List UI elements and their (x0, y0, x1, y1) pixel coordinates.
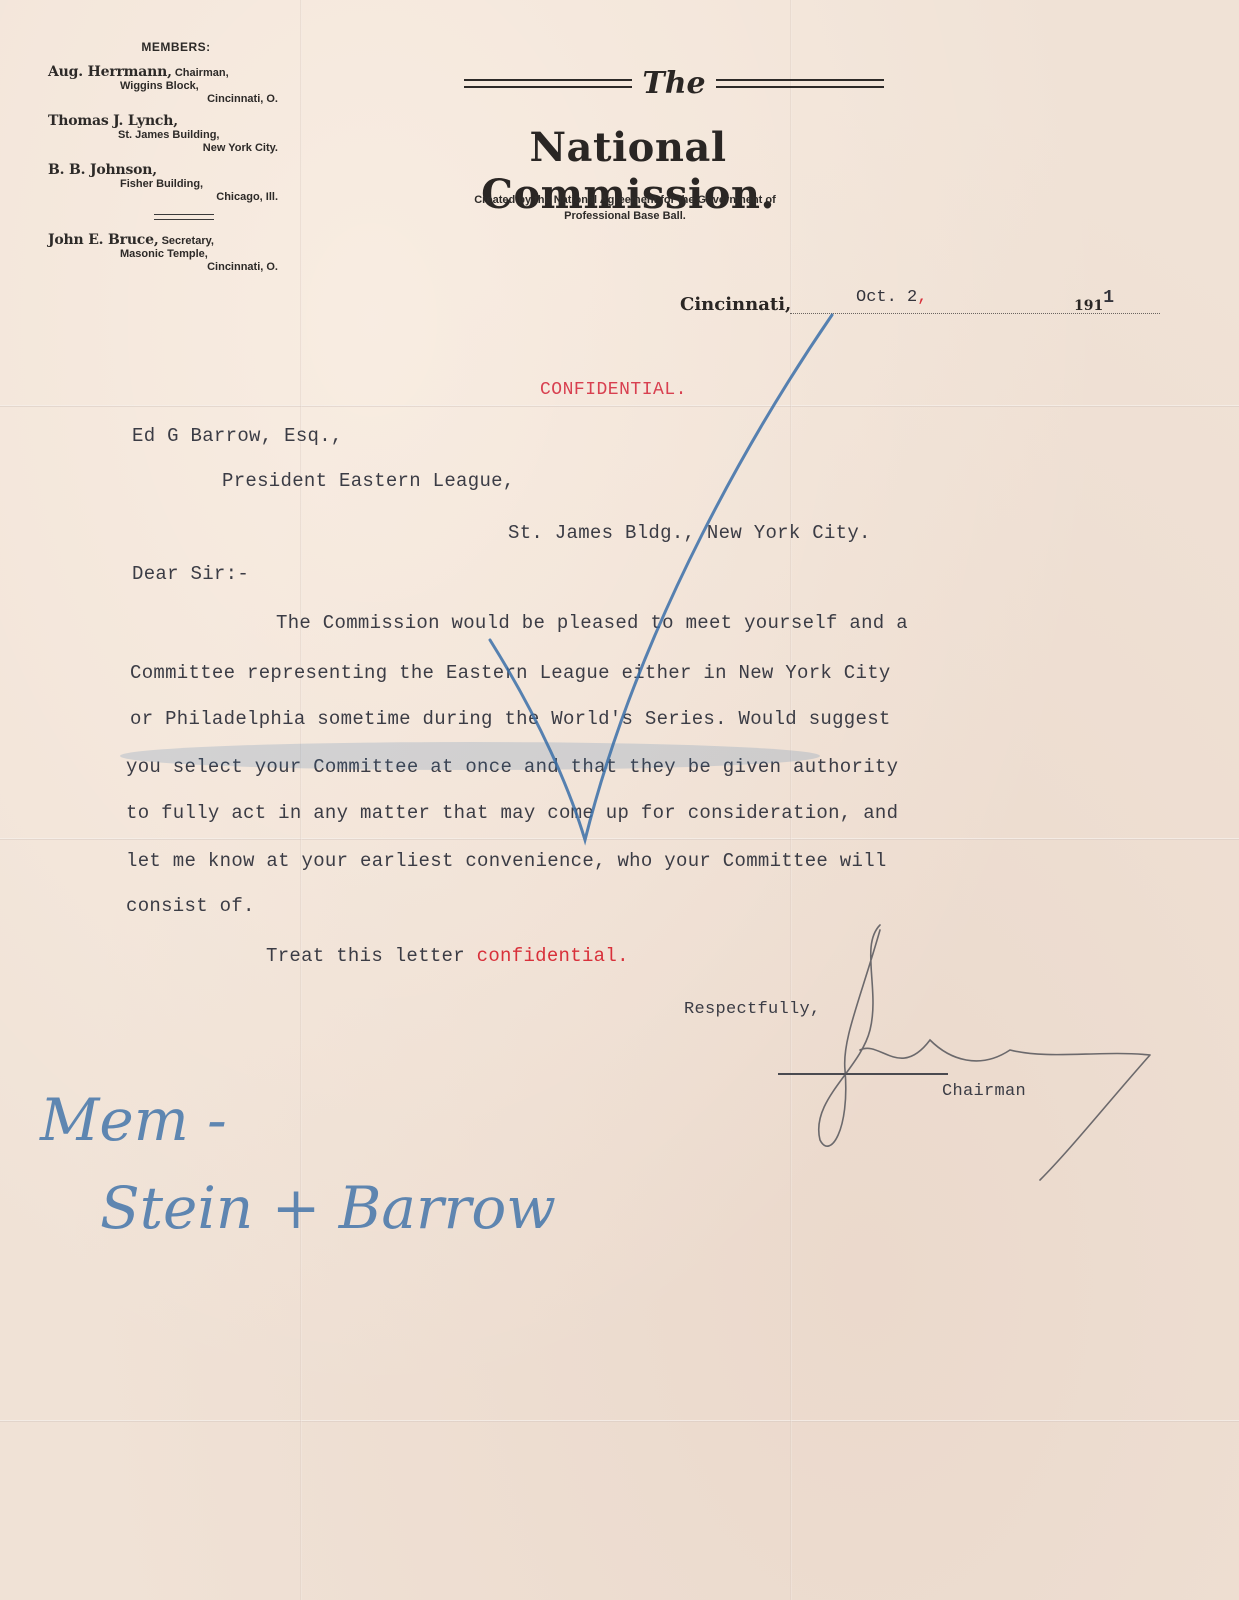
member-address-line1: Fisher Building, (48, 178, 284, 191)
recipient-title: President Eastern League, (222, 470, 515, 492)
member-address-line1: St. James Building, (48, 129, 284, 142)
body-line: or Philadelphia sometime during the Worl… (130, 708, 891, 730)
member-entry: Aug. Herrmann, Chairman, Wiggins Block, … (48, 66, 284, 106)
member-address-line2: New York City. (48, 142, 284, 155)
member-entry: B. B. Johnson, Fisher Building, Chicago,… (48, 164, 284, 204)
member-entry: John E. Bruce, Secretary, Masonic Temple… (48, 234, 284, 274)
closing-note-period: . (617, 945, 629, 967)
dateline: Cincinnati, Oct. 2, 1911 (680, 290, 1160, 320)
fold-line-lower (0, 1420, 1239, 1422)
date-comma: , (917, 288, 927, 307)
fold-line-upper (0, 405, 1239, 407)
member-name: B. B. Johnson, (48, 162, 157, 178)
member-address-line2: Cincinnati, O. (48, 261, 284, 274)
handwritten-note-line1: Mem - (39, 1086, 227, 1154)
letterhead-the: The (464, 66, 884, 101)
members-heading: MEMBERS: (68, 40, 284, 54)
closing-note-text: Treat this letter (266, 945, 477, 967)
body-line: Committee representing the Eastern Leagu… (130, 662, 891, 684)
member-address-line2: Chicago, Ill. (48, 191, 284, 204)
body-line: The Commission would be pleased to meet … (276, 612, 908, 634)
member-role: Secretary, (162, 235, 214, 247)
body-line: let me know at your earliest convenience… (126, 850, 887, 872)
fold-line-middle (0, 838, 1239, 840)
signer-title: Chairman (942, 1082, 1026, 1101)
year-digit: 1 (1103, 288, 1114, 308)
member-name: Aug. Herrmann, (48, 64, 172, 80)
member-entry: Thomas J. Lynch, St. James Building, New… (48, 115, 284, 155)
letterhead-subtitle-line2: Professional Base Ball. (410, 208, 840, 224)
recipient-name: Ed G Barrow, Esq., (132, 425, 343, 447)
signature-rule (778, 1073, 948, 1075)
fold-line-left (300, 0, 302, 1600)
member-divider (154, 214, 214, 220)
year-prefix: 191 (1074, 298, 1103, 314)
signature-mark (819, 925, 1150, 1180)
closing-note-red-word: confidential (477, 945, 617, 967)
recipient-address: St. James Bldg., New York City. (508, 522, 871, 544)
member-name: Thomas J. Lynch, (48, 113, 178, 129)
closing-note: Treat this letter confidential. (266, 945, 629, 967)
confidential-heading: CONFIDENTIAL. (540, 380, 687, 400)
body-line: to fully act in any matter that may come… (126, 802, 898, 824)
body-line: you select your Committee at once and th… (126, 756, 898, 778)
body-line: consist of. (126, 895, 255, 917)
double-rule-left (464, 79, 632, 88)
double-rule-right (716, 79, 884, 88)
member-role: Chairman, (175, 67, 229, 79)
handwritten-note-line2: Stein + Barrow (100, 1174, 556, 1242)
letterhead-subtitle: Created by the National Agreement for th… (410, 192, 840, 224)
member-address-line2: Cincinnati, O. (48, 93, 284, 106)
member-name: John E. Bruce, (48, 232, 159, 248)
valediction: Respectfully, (684, 1000, 821, 1019)
letterhead-the-word: The (642, 66, 705, 101)
fold-line-right (790, 0, 792, 1600)
letterhead-subtitle-line1: Created by the National Agreement for th… (410, 192, 840, 208)
dateline-city: Cincinnati, (680, 294, 791, 315)
salutation: Dear Sir:- (132, 563, 249, 585)
date-text: Oct. 2 (856, 288, 917, 307)
dateline-date: Oct. 2, (856, 288, 927, 307)
dateline-year: 1911 (1074, 296, 1114, 316)
member-address-line1: Masonic Temple, (48, 248, 284, 261)
member-address-line1: Wiggins Block, (48, 80, 284, 93)
members-list: MEMBERS: Aug. Herrmann, Chairman, Wiggin… (48, 40, 284, 283)
